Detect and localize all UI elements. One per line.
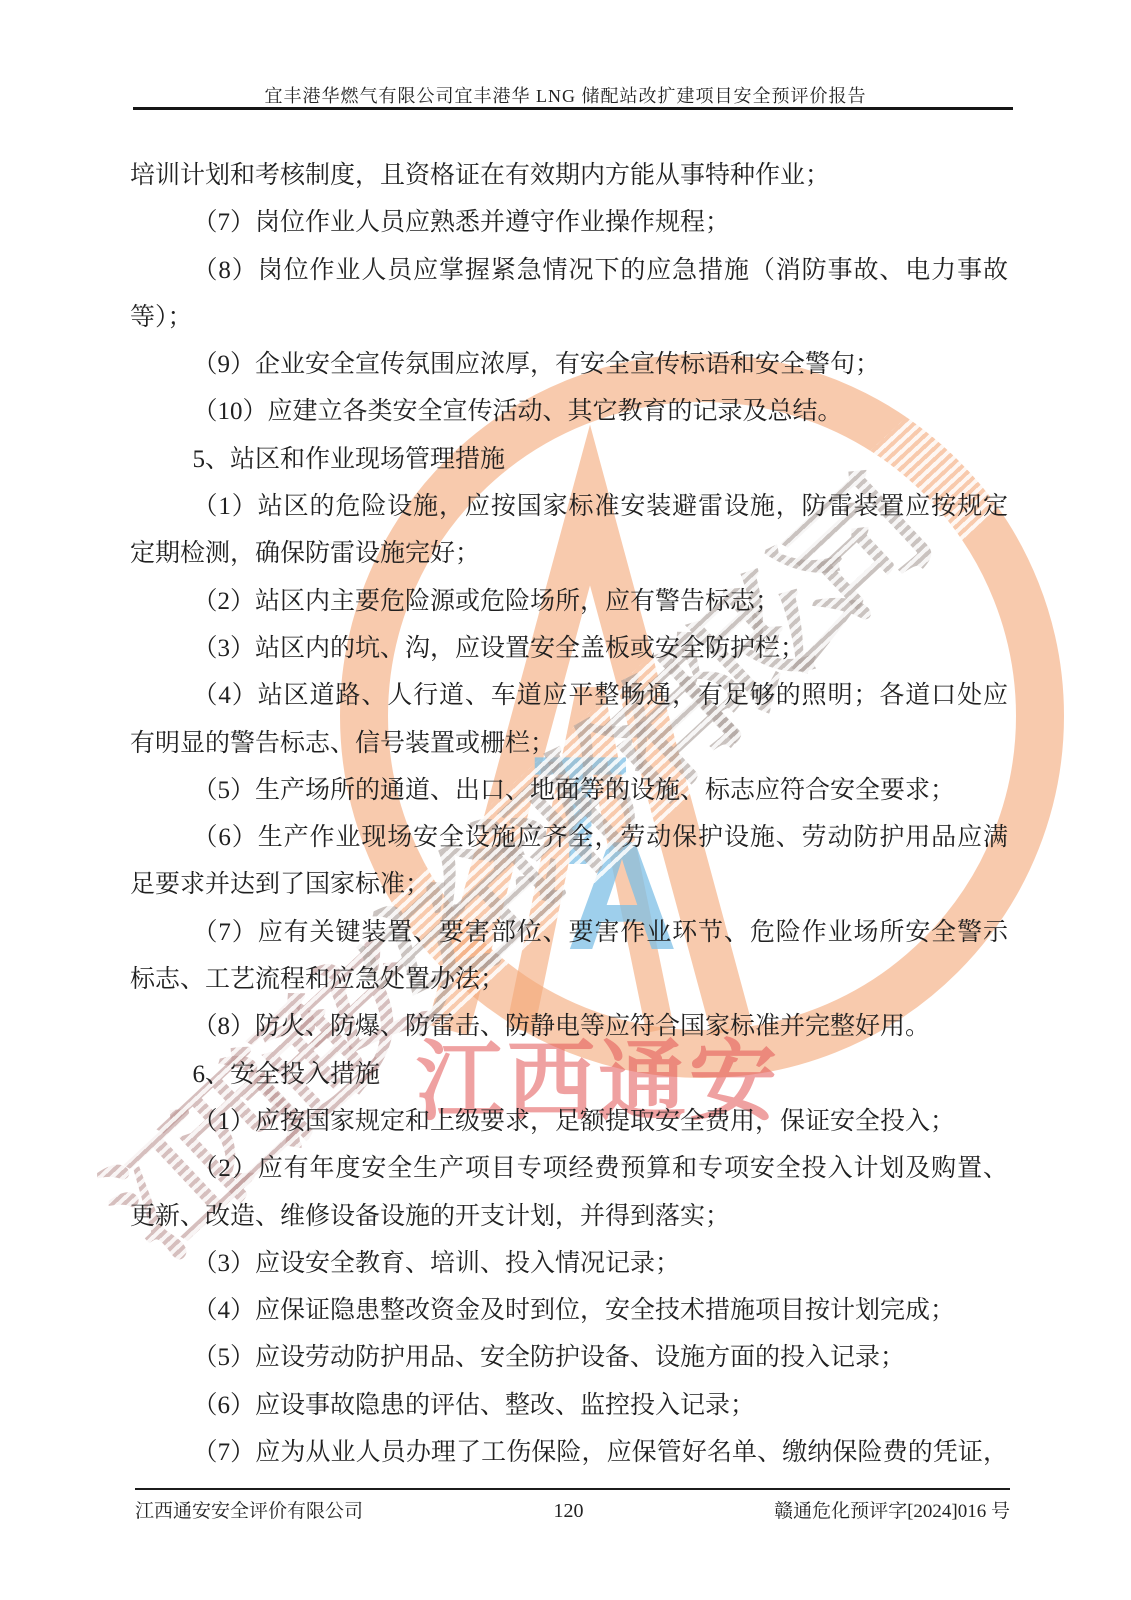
body-line: （5）生产场所的通道、出口、地面等的设施、标志应符合安全要求； [130, 767, 1008, 814]
body-line: （7）应为从业人员办理了工伤保险，应保管好名单、缴纳保险费的凭证， [130, 1429, 1008, 1476]
body-line: 5、站区和作业现场管理措施 [130, 436, 1008, 483]
body-line: 标志、工艺流程和应急处置办法； [130, 956, 1008, 1003]
body-line: 足要求并达到了国家标准； [130, 861, 1008, 908]
body-line: （10）应建立各类安全宣传活动、其它教育的记录及总结。 [130, 388, 1008, 435]
body-line: （1）应按国家规定和上级要求，足额提取安全费用，保证安全投入； [130, 1098, 1008, 1145]
body-line: （8）防火、防爆、防雷击、防静电等应符合国家标准并完整好用。 [130, 1003, 1008, 1050]
document-page: T A 江西通安安全评价有限公司 江西通安 宜丰港华燃气有限公司宜丰港华 LNG… [0, 0, 1131, 1600]
body-line: 6、安全投入措施 [130, 1051, 1008, 1098]
body-line: （6）生产作业现场安全设施应齐全，劳动保护设施、劳动防护用品应满 [130, 814, 1008, 861]
body-line: （3）应设安全教育、培训、投入情况记录； [130, 1240, 1008, 1287]
body-line: （2）应有年度安全生产项目专项经费预算和专项安全投入计划及购置、 [130, 1145, 1008, 1192]
body-line: 等）； [130, 294, 1008, 341]
page-footer: 江西通安安全评价有限公司 120 赣通危化预评字[2024]016 号 [135, 1496, 1010, 1523]
body-line: 更新、改造、维修设备设施的开支计划，并得到落实； [130, 1193, 1008, 1240]
body-line: （7）岗位作业人员应熟悉并遵守作业操作规程； [130, 199, 1008, 246]
body-line: （3）站区内的坑、沟，应设置安全盖板或安全防护栏； [130, 625, 1008, 672]
document-body: 培训计划和考核制度，且资格证在有效期内方能从事特种作业；（7）岗位作业人员应熟悉… [130, 152, 1008, 1476]
footer-doc-number: 赣通危化预评字[2024]016 号 [774, 1496, 1010, 1523]
body-line: 定期检测，确保防雷设施完好； [130, 530, 1008, 577]
footer-page-number: 120 [554, 1500, 584, 1523]
body-line: （4）站区道路、人行道、车道应平整畅通，有足够的照明；各道口处应 [130, 672, 1008, 719]
body-line: （5）应设劳动防护用品、安全防护设备、设施方面的投入记录； [130, 1334, 1008, 1381]
body-line: （9）企业安全宣传氛围应浓厚，有安全宣传标语和安全警句； [130, 341, 1008, 388]
body-line: （2）站区内主要危险源或危险场所，应有警告标志； [130, 578, 1008, 625]
body-line: 有明显的警告标志、信号装置或栅栏； [130, 720, 1008, 767]
body-line: （8）岗位作业人员应掌握紧急情况下的应急措施（消防事故、电力事故 [130, 247, 1008, 294]
header-rule [133, 107, 1013, 110]
body-line: （4）应保证隐患整改资金及时到位，安全技术措施项目按计划完成； [130, 1287, 1008, 1334]
footer-rule [135, 1488, 1010, 1490]
body-line: 培训计划和考核制度，且资格证在有效期内方能从事特种作业； [130, 152, 1008, 199]
header-title: 宜丰港华燃气有限公司宜丰港华 LNG 储配站改扩建项目安全预评价报告 [0, 82, 1131, 108]
body-line: （6）应设事故隐患的评估、整改、监控投入记录； [130, 1382, 1008, 1429]
body-line: （1）站区的危险设施，应按国家标准安装避雷设施，防雷装置应按规定 [130, 483, 1008, 530]
footer-company: 江西通安安全评价有限公司 [135, 1496, 363, 1523]
body-line: （7）应有关键装置、要害部位、要害作业环节、危险作业场所安全警示 [130, 909, 1008, 956]
